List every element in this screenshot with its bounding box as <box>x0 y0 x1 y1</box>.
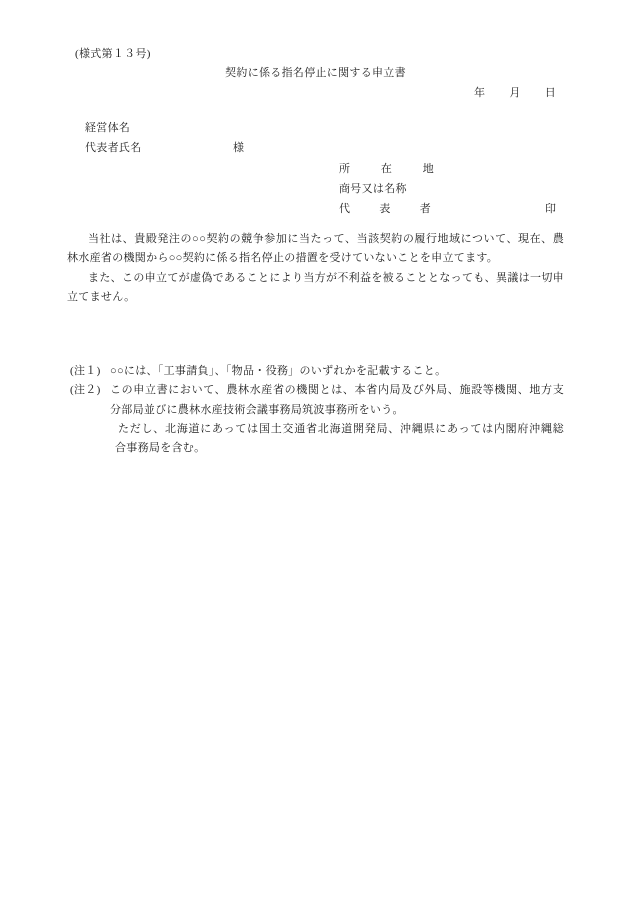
applicant-rep-char-3: 者 <box>420 202 431 216</box>
addressee-rep-label: 代表者氏名 <box>85 141 142 155</box>
note2-line-1: この申立書において、農林水産省の機関とは、本省内局及び外局、施設等機関、地方支 <box>110 383 564 398</box>
date-month-label: 月 <box>509 86 520 100</box>
document-page: (様式第１３号) 契約に係る指名停止に関する申立書 年 月 日 経営体名 代表者… <box>0 0 630 903</box>
applicant-rep-label: 代 表 者 <box>339 202 431 216</box>
note2-line-2: 分部局並びに農林水産技術会議事務局筑波事務所をいう。 <box>110 403 404 417</box>
note1-label: (注１) <box>70 364 101 378</box>
applicant-rep-char-2: 表 <box>379 202 390 216</box>
note1-text: ○○には、「工事請負」、「物品・役務」のいずれかを記載すること。 <box>110 364 446 378</box>
date-day-label: 日 <box>545 86 556 100</box>
addressee-honorific: 様 <box>233 141 244 155</box>
body-line-2: 林水産省の機関から○○契約に係る指名停止の措置を受けていないことを申立てます。 <box>67 251 498 265</box>
note2-line-4: 合事務局を含む。 <box>115 441 205 455</box>
date-line: 年 月 日 <box>474 86 556 100</box>
document-title: 契約に係る指名停止に関する申立書 <box>67 66 564 80</box>
addressee-org-label: 経営体名 <box>85 121 130 135</box>
body-line-4: 立てません。 <box>67 290 135 304</box>
date-year-label: 年 <box>474 86 485 100</box>
note2-label: (注２) <box>70 383 101 397</box>
applicant-rep-char-1: 代 <box>339 202 350 216</box>
applicant-address-label: 所 在 地 <box>339 162 434 176</box>
applicant-address-char-3: 地 <box>423 162 434 176</box>
body-line-1: 当社は、貴殿発注の○○契約の競争参加に当たって、当該契約の履行地域について、現在… <box>88 232 564 247</box>
applicant-address-char-1: 所 <box>339 162 350 176</box>
applicant-address-char-2: 在 <box>381 162 392 176</box>
note2-line-3: ただし、北海道にあっては国土交通省北海道開発局、沖縄県にあっては内閣府沖縄総 <box>118 422 564 437</box>
form-number: (様式第１３号) <box>75 47 151 61</box>
body-line-3: また、この申立てが虚偽であることにより当方が不利益を被ることとなっても、異議は一… <box>88 271 564 286</box>
seal-label: 印 <box>545 202 556 216</box>
applicant-company-label: 商号又は名称 <box>339 182 407 196</box>
